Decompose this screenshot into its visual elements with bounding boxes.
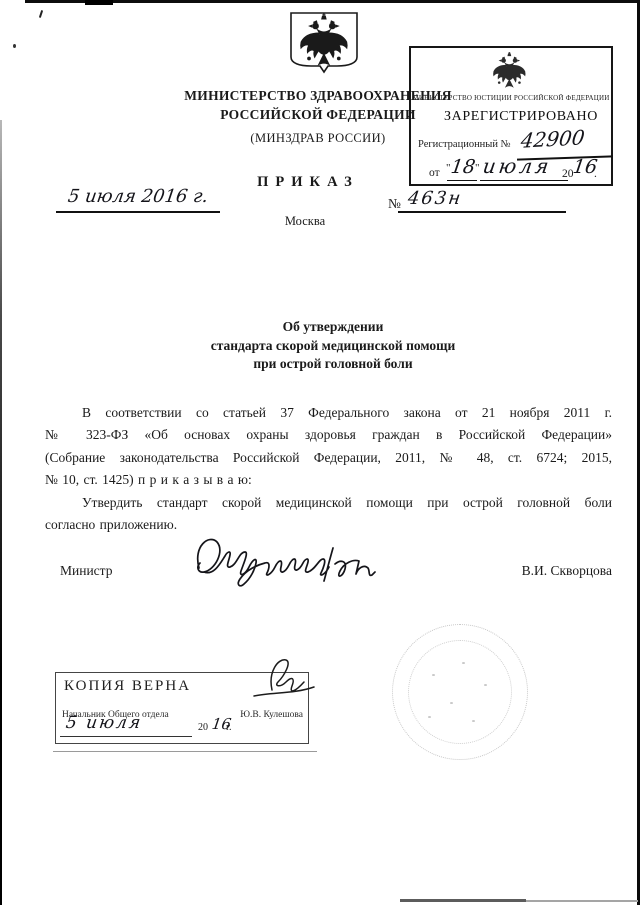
body-line: (Собрание законодательства Российской Фе…	[45, 447, 612, 469]
order-title-line1: Об утверждении	[153, 318, 513, 337]
stamp-reg-number-label: Регистрационный №	[418, 139, 511, 150]
order-date-underline	[56, 211, 220, 213]
order-number-label: №	[388, 196, 401, 212]
round-stamp-inner-ring	[408, 640, 512, 744]
signer-name: В.И. Скворцова	[440, 563, 612, 579]
body-line: В соответствии со статьей 37 Федеральног…	[45, 402, 612, 424]
copy-stamp-title: КОПИЯ ВЕРНА	[64, 678, 191, 695]
copy-stamp-name: Ю.В. Кулешова	[240, 710, 303, 720]
order-city: Москва	[45, 214, 565, 229]
department-head-signature-icon	[238, 650, 322, 706]
copy-stamp-date-handwritten: 5 июля	[65, 713, 144, 733]
scan-artifact-top-blob	[85, 0, 113, 5]
stamp-authority: МИНИСТЕРСТВО ЮСТИЦИИ РОССИЙСКОЙ ФЕДЕРАЦИ…	[411, 94, 611, 102]
scan-artifact-stamp-ghost	[53, 751, 317, 752]
registration-stamp: МИНИСТЕРСТВО ЮСТИЦИИ РОССИЙСКОЙ ФЕДЕРАЦИ…	[409, 46, 613, 186]
stamp-eagle-icon	[489, 51, 529, 91]
order-date-handwritten: 5 июля 2016 г.	[57, 186, 220, 207]
order-body: В соответствии со статьей 37 Федеральног…	[45, 402, 612, 536]
order-title: Об утверждении стандарта скорой медицинс…	[153, 318, 513, 374]
scan-artifact-bottom-line	[526, 900, 638, 902]
copy-stamp-date-underline	[60, 736, 192, 737]
copy-stamp-year-suffix: г.	[226, 722, 231, 733]
stamp-reg-number-value: 42900	[520, 125, 587, 153]
body-line: № 10, ст. 1425) п р и к а з ы в а ю:	[45, 469, 612, 491]
stamp-quote-close: "	[475, 162, 480, 174]
order-number-value: 463н	[407, 188, 464, 209]
scan-artifact-bottom-line	[400, 899, 526, 902]
stamp-date-dot: .	[594, 168, 597, 180]
scan-artifact-left-edge	[0, 120, 2, 905]
scan-artifact-top-line	[25, 0, 638, 3]
order-title-line3: при острой головной боли	[153, 355, 513, 374]
round-ink-stamp	[392, 624, 528, 760]
scan-artifact-tick	[39, 10, 43, 18]
copy-stamp-year-printed: 20	[198, 722, 208, 733]
scanned-order-page: МИНИСТЕРСТВО ЗДРАВООХРАНЕНИЯ РОССИЙСКОЙ …	[0, 0, 640, 905]
body-line: Утвердить стандарт скорой медицинской по…	[45, 492, 612, 514]
order-title-line2: стандарта скорой медицинской помощи	[153, 337, 513, 356]
order-number-underline	[398, 211, 566, 213]
stamp-registered-label: ЗАРЕГИСТРИРОВАНО	[411, 109, 611, 125]
coat-of-arms-icon	[287, 10, 361, 76]
scan-artifact-dot	[13, 44, 16, 48]
body-line: № 323-ФЗ «Об основах охраны здоровья гра…	[45, 424, 612, 446]
signer-position: Министр	[60, 563, 112, 579]
minister-signature-icon	[183, 528, 398, 596]
